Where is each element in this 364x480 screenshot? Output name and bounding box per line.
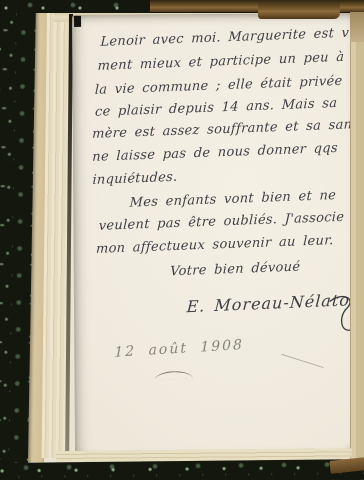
page-corner-shadow — [74, 16, 81, 27]
letter-line-9: veulent pas être oubliés. J'associe — [99, 210, 345, 234]
letter-line-3: la vie commune ; elle était privée de — [95, 73, 364, 98]
letter-line-2: ment mieux et participe un peu à — [97, 50, 344, 74]
letter-line-8: Mes enfants vont bien et ne — [129, 188, 336, 211]
letter-page: Lenoir avec moi. Marguerite est vrai men… — [72, 13, 357, 459]
album-page-right-edge-top — [350, 12, 364, 42]
date-flourish-dash — [154, 371, 192, 381]
letter-closing: Votre bien dévoué — [170, 260, 301, 280]
letter-line-4: ce plaisir depuis 14 ans. Mais sa — [95, 96, 338, 120]
letter-line-10: mon affectueux souvenir au leur. — [96, 233, 334, 257]
letter-line-1: Lenoir avec moi. Marguerite est vrai — [100, 25, 364, 50]
letter-line-5: mère est assez souffrante et sa santé — [92, 117, 364, 142]
letter-line-6: ne laisse pas de nous donner qqs — [92, 141, 338, 165]
date: 12 août 1908 — [114, 337, 244, 361]
album-page-right-edge — [350, 12, 364, 470]
letter-photograph: Lenoir avec moi. Marguerite est vrai men… — [0, 0, 364, 480]
book-cover-bottom-edge — [0, 459, 364, 480]
pencil-mark — [281, 354, 323, 368]
book-top-edge-leather-step — [258, 0, 340, 19]
letter-line-7: inquiétudes. — [92, 170, 178, 188]
